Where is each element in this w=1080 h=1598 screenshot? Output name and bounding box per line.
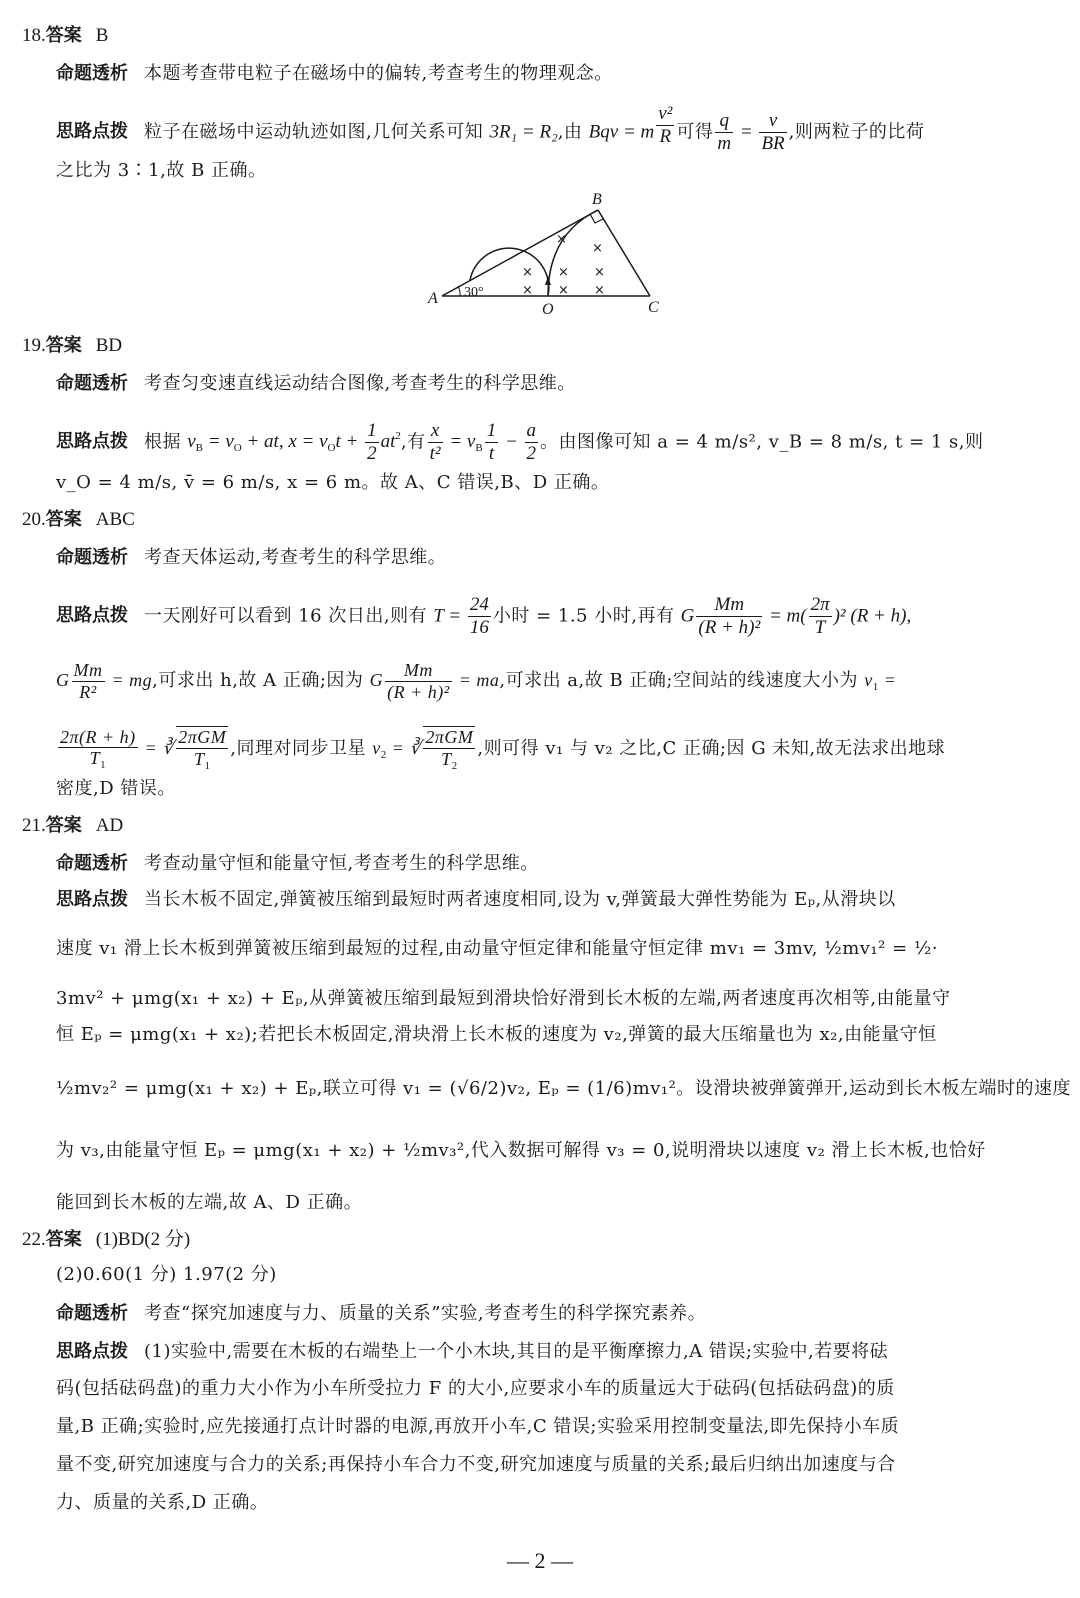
question-21-hint: 思路点拨当长木板不固定,弹簧被压缩到最短时两者速度相同,设为 v,弹簧最大弹性势… [56,890,896,909]
question-20-analysis: 命题透析考查天体运动,考查考生的科学思维。 [56,548,446,567]
question-19-hint-line2: v_O = 4 m/s, v̄ = 6 m/s, x = 6 m。故 A、C 错… [56,474,609,492]
question-21-hint-line5: ½mv₂² = μmg(x₁ + x₂) + Eₚ,联立可得 v₁ = (√6/… [56,1080,1071,1098]
question-18-hint-line2: 之比为 3∶1,故 B 正确。 [56,162,267,180]
question-18-header: 18.答案B [22,26,108,45]
question-20-header: 20.答案ABC [22,510,135,529]
question-18-hint: 思路点拨粒子在磁场中运动轨迹如图,几何关系可知 3R₁ = R₂,由 Bqv =… [56,110,924,155]
question-20-hint-line4: 密度,D 错误。 [56,780,176,798]
question-19-hint: 思路点拨根据 vB = vO + at, x = vOt + 12at2,有xt… [56,420,984,465]
question-22-hint: 思路点拨(1)实验中,需要在木板的右端垫上一个小木块,其目的是平衡摩擦力,A 错… [56,1342,888,1361]
answer-value: B [96,25,109,46]
question-21-analysis: 命题透析考查动量守恒和能量守恒,考查考生的科学思维。 [56,854,539,873]
triangle-magnetic-field-diagram: A B C O 30° ×× ××× ××× [420,188,680,318]
question-22-answer-line2: (2)0.60(1 分) 1.97(2 分) [56,1266,277,1284]
svg-text:×: × [594,283,605,298]
svg-text:×: × [594,265,605,280]
svg-text:×: × [522,283,533,298]
svg-text:O: O [542,301,554,318]
svg-text:×: × [558,265,569,280]
question-19-header: 19.答案BD [22,336,122,355]
question-20-hint: 思路点拨一天刚好可以看到 16 次日出,则有 T = 2416小时 = 1.5 … [56,594,911,639]
svg-text:×: × [558,283,569,298]
svg-text:A: A [427,290,438,307]
svg-text:C: C [648,299,659,316]
page-number: — 2 — [0,1548,1080,1574]
svg-text:×: × [522,265,533,280]
question-21-hint-line3: 3mv² + μmg(x₁ + x₂) + Eₚ,从弹簧被压缩到最短到滑块恰好滑… [56,990,951,1008]
question-22-analysis: 命题透析考查“探究加速度与力、质量的关系”实验,考查考生的科学探究素养。 [56,1304,706,1323]
question-21-hint-line7: 能回到长木板的左端,故 A、D 正确。 [56,1194,362,1212]
question-18-analysis: 命题透析本题考查带电粒子在磁场中的偏转,考查考生的物理观念。 [56,64,613,83]
question-21-header: 21.答案AD [22,816,123,835]
velocity-arrow-icon [545,276,551,285]
question-20-hint-line3: 2π(R + h)T1 = ∛2πGMT1,同理对同步卫星 v2 = ∛2πGM… [56,726,945,772]
svg-text:×: × [592,241,603,256]
question-22-hint-line3: 量,B 正确;实验时,应先接通打点计时器的电源,再放开小车,C 错误;实验采用控… [56,1418,899,1436]
question-21-hint-line4: 恒 Eₚ = μmg(x₁ + x₂);若把长木板固定,滑块滑上长木板的速度为 … [56,1026,937,1044]
question-22-hint-line2: 码(包括砝码盘)的重力大小作为小车所受拉力 F 的大小,应要求小车的质量远大于砝… [56,1380,895,1398]
question-22-hint-line4: 量不变,研究加速度与合力的关系;再保持小车合力不变,研究加速度与质量的关系;最后… [56,1456,896,1474]
question-21-hint-line6: 为 v₃,由能量守恒 Eₚ = μmg(x₁ + x₂) + ½mv₃²,代入数… [56,1142,986,1160]
question-22-header: 22.答案(1)BD(2 分) [22,1230,190,1249]
magnetic-field-cross-icons: ×× ××× ××× [522,232,605,298]
question-22-hint-line5: 力、质量的关系,D 正确。 [56,1494,268,1512]
svg-text:B: B [592,191,602,208]
svg-text:×: × [556,232,567,247]
question-21-hint-line2: 速度 v₁ 滑上长木板到弹簧被压缩到最短的过程,由动量守恒定律和能量守恒定律 m… [56,940,938,958]
svg-text:30°: 30° [464,285,484,300]
question-19-analysis: 命题透析考查匀变速直线运动结合图像,考查考生的科学思维。 [56,374,576,393]
question-20-hint-line2: GMmR² = mg,可求出 h,故 A 正确;因为 GMm(R + h)² =… [56,660,896,702]
